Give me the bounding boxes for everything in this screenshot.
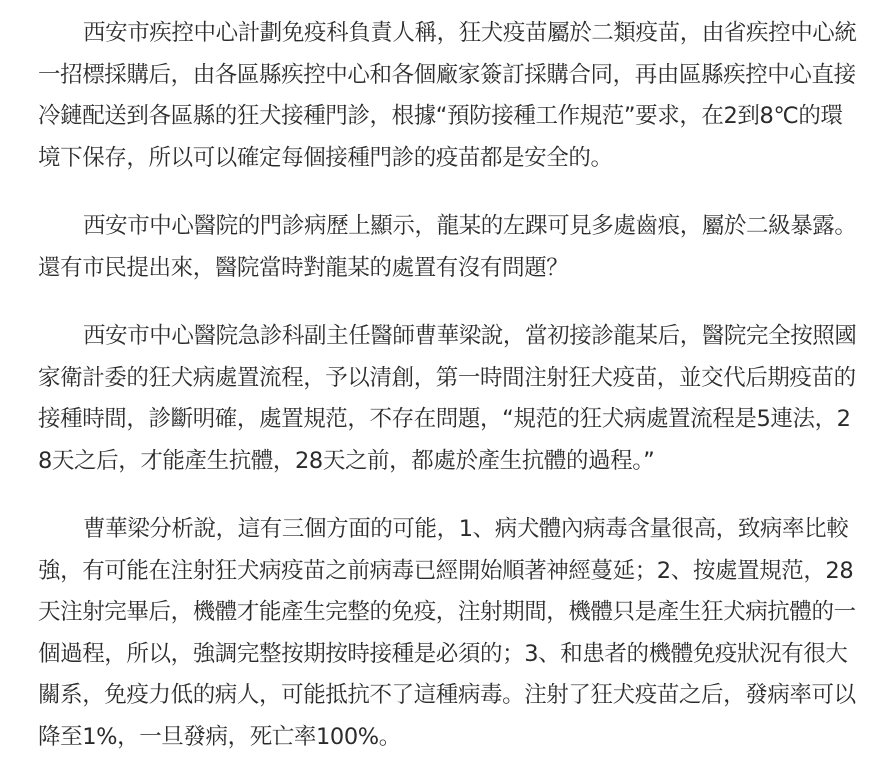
article-body: 西安市疾控中心計劃免疫科負責人稱，狂犬疫苗屬於二類疫苗，由省疾控中心統一招標採購… bbox=[0, 0, 893, 758]
paragraph-medical-record: 西安市中心醫院的門診病歷上顯示，龍某的左踝可見多處齒痕，屬於二級暴露。還有市民提… bbox=[38, 206, 863, 289]
paragraph-analysis: 曹華梁分析說，這有三個方面的可能，1、病犬體內病毒含量很高，致病率比較強，有可能… bbox=[38, 509, 863, 758]
paragraph-doctor-statement: 西安市中心醫院急診科副主任醫師曹華梁說，當初接診龍某后，醫院完全按照國家衛計委的… bbox=[38, 316, 863, 482]
paragraph-vaccine-safety: 西安市疾控中心計劃免疫科負責人稱，狂犬疫苗屬於二類疫苗，由省疾控中心統一招標採購… bbox=[38, 13, 863, 179]
